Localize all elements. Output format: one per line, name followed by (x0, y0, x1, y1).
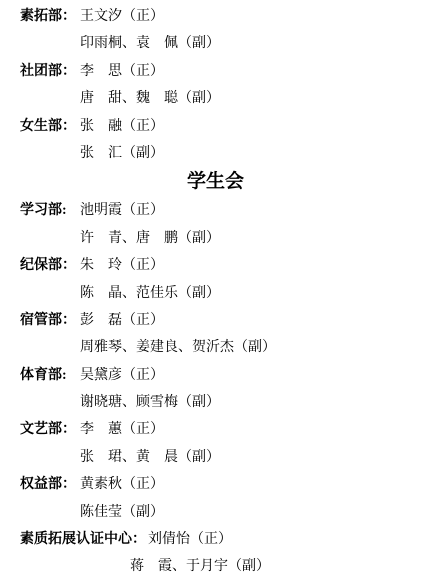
entry-row: 学习部:池明霞（正） (20, 197, 431, 224)
principal-line: 彭 磊（正） (80, 313, 164, 328)
entry-row: 文艺部：李 蕙（正） (20, 416, 431, 443)
entry-row: 周雅琴、姜建良、贺沂杰（副） (20, 334, 431, 361)
deputy-line: 谢晓瑭、顾雪梅（副） (80, 395, 220, 410)
principal-line: 朱 玲（正） (80, 258, 164, 273)
entry-row: 权益部：黄素秋（正） (20, 471, 431, 498)
document-page: 素拓部：王文汐（正） 印雨桐、袁 佩（副） 社团部：李 思（正） 唐 甜、魏 聪… (0, 0, 431, 588)
entry-row: 唐 甜、魏 聪（副） (20, 85, 431, 112)
dept-label: 素质拓展认证中心： (20, 526, 146, 553)
entry-row: 素质拓展认证中心：刘倩怡（正） (20, 526, 431, 553)
dept-label: 社团部： (20, 58, 80, 85)
entry-row: 纪保部：朱 玲（正） (20, 252, 431, 279)
principal-line: 黄素秋（正） (80, 477, 164, 492)
deputy-line: 陈 晶、范佳乐（副） (80, 286, 220, 301)
deputy-line: 张 汇（副） (80, 146, 164, 161)
deputy-line: 陈佳莹（副） (80, 505, 164, 520)
principal-line: 李 思（正） (80, 64, 164, 79)
dept-label: 学习部: (20, 197, 80, 224)
entry-row: 陈佳莹（副） (20, 499, 431, 526)
dept-label: 女生部： (20, 113, 80, 140)
dept-label: 权益部： (20, 471, 80, 498)
entry-row: 谢晓瑭、顾雪梅（副） (20, 389, 431, 416)
deputy-line: 张 珺、黄 晨（副） (80, 450, 220, 465)
entry-row: 许 青、唐 鹏（副） (20, 225, 431, 252)
deputy-line: 许 青、唐 鹏（副） (80, 231, 220, 246)
principal-line: 王文汐（正） (80, 9, 164, 24)
principal-line: 吴黛彦（正） (80, 368, 164, 383)
entry-row: 社团部：李 思（正） (20, 58, 431, 85)
dept-label: 宿管部： (20, 307, 80, 334)
dept-label: 素拓部： (20, 3, 80, 30)
principal-line: 刘倩怡（正） (148, 532, 232, 547)
entry-row: 张 珺、黄 晨（副） (20, 444, 431, 471)
section-heading: 学生会 (0, 167, 431, 197)
dept-label: 体育部: (20, 362, 80, 389)
entry-row: 素拓部：王文汐（正） (20, 3, 431, 30)
deputy-line: 周雅琴、姜建良、贺沂杰（副） (80, 340, 276, 355)
deputy-line: 唐 甜、魏 聪（副） (80, 91, 220, 106)
entry-row: 女生部：张 融（正） (20, 113, 431, 140)
entry-row: 宿管部：彭 磊（正） (20, 307, 431, 334)
dept-label: 纪保部： (20, 252, 80, 279)
entry-row: 张 汇（副） (20, 140, 431, 167)
dept-label: 文艺部： (20, 416, 80, 443)
principal-line: 张 融（正） (80, 119, 164, 134)
entry-row: 蒋 霞、于月宇（副） (20, 553, 431, 580)
entry-row: 体育部:吴黛彦（正） (20, 362, 431, 389)
deputy-line: 蒋 霞、于月宇（副） (130, 559, 270, 574)
entry-row: 印雨桐、袁 佩（副） (20, 30, 431, 57)
deputy-line: 印雨桐、袁 佩（副） (80, 36, 220, 51)
principal-line: 李 蕙（正） (80, 422, 164, 437)
principal-line: 池明霞（正） (80, 203, 164, 218)
entry-row: 陈 晶、范佳乐（副） (20, 280, 431, 307)
